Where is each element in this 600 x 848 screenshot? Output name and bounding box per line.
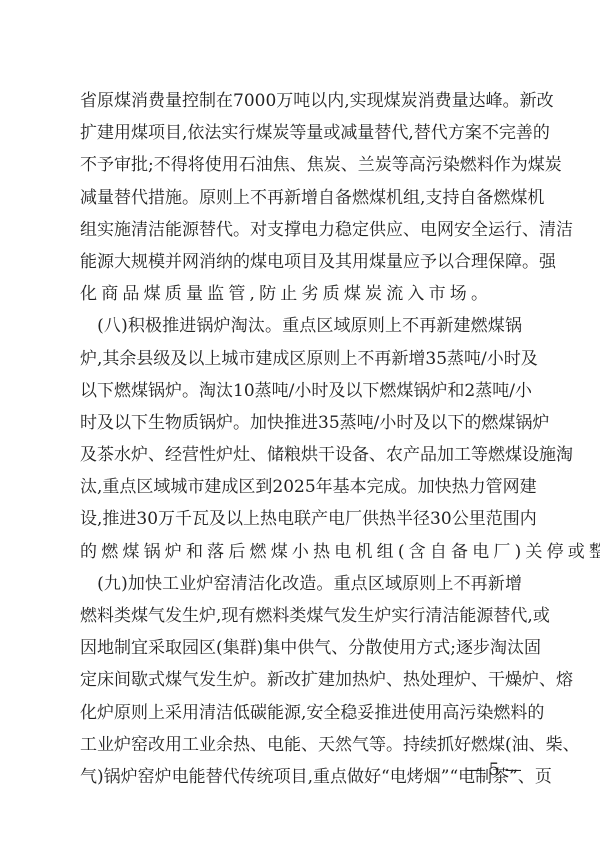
text-line: 化炉原则上采用清洁低碳能源,安全稳妥推进使用高污染燃料的 [80,701,522,733]
text-line: 燃料类煤气发生炉,现有燃料类煤气发生炉实行清洁能源替代,或 [80,604,522,636]
text-line: 以下燃煤锅炉。淘汰10蒸吨/小时及以下燃煤锅炉和2蒸吨/小 [80,379,522,411]
page-number: — 5 — [466,759,522,781]
text-line: 不予审批;不得将使用石油焦、焦炭、兰炭等高污染燃料作为煤炭 [80,153,522,185]
text-line: 因地制宜采取园区(集群)集中供气、分散使用方式;逐步淘汰固 [80,636,522,668]
text-line: 减量替代措施。原则上不再新增自备燃煤机组,支持自备燃煤机 [80,186,522,218]
text-line: 时及以下生物质锅炉。加快推进35蒸吨/小时及以下的燃煤锅炉 [80,411,522,443]
text-line: 化商品煤质量监管,防止劣质煤炭流入市场。 [80,282,522,314]
text-line: 能源大规模并网消纳的煤电项目及其用煤量应予以合理保障。强 [80,250,522,282]
text-line: 组实施清洁能源替代。对支撑电力稳定供应、电网安全运行、清洁 [80,218,522,250]
text-line: (八)积极推进锅炉淘汰。重点区域原则上不再新建燃煤锅 [80,314,522,346]
text-line: 的燃煤锅炉和落后燃煤小热电机组(含自备电厂)关停或整合。 [80,540,522,572]
text-line: 汰,重点区域城市建成区到2025年基本完成。加快热力管网建 [80,475,522,507]
text-line: 扩建用煤项目,依法实行煤炭等量或减量替代,替代方案不完善的 [80,121,522,153]
document-page: 省原煤消费量控制在7000万吨以内,实现煤炭消费量达峰。新改扩建用煤项目,依法实… [0,0,600,848]
text-line: 定床间歇式煤气发生炉。新改扩建加热炉、热处理炉、干燥炉、熔 [80,668,522,700]
text-line: 设,推进30万千瓦及以上热电联产电厂供热半径30公里范围内 [80,507,522,539]
text-line: 气)锅炉窑炉电能替代传统项目,重点做好“电烤烟”“电制茶”、页 [80,765,522,797]
text-line: 工业炉窑改用工业余热、电能、天然气等。持续抓好燃煤(油、柴、 [80,733,522,765]
text-line: 炉,其余县级及以上城市建成区原则上不再新增35蒸吨/小时及 [80,347,522,379]
text-line: (九)加快工业炉窑清洁化改造。重点区域原则上不再新增 [80,572,522,604]
text-line: 及茶水炉、经营性炉灶、储粮烘干设备、农产品加工等燃煤设施淘 [80,443,522,475]
text-line: 省原煤消费量控制在7000万吨以内,实现煤炭消费量达峰。新改 [80,89,522,121]
body-text: 省原煤消费量控制在7000万吨以内,实现煤炭消费量达峰。新改扩建用煤项目,依法实… [80,89,522,797]
